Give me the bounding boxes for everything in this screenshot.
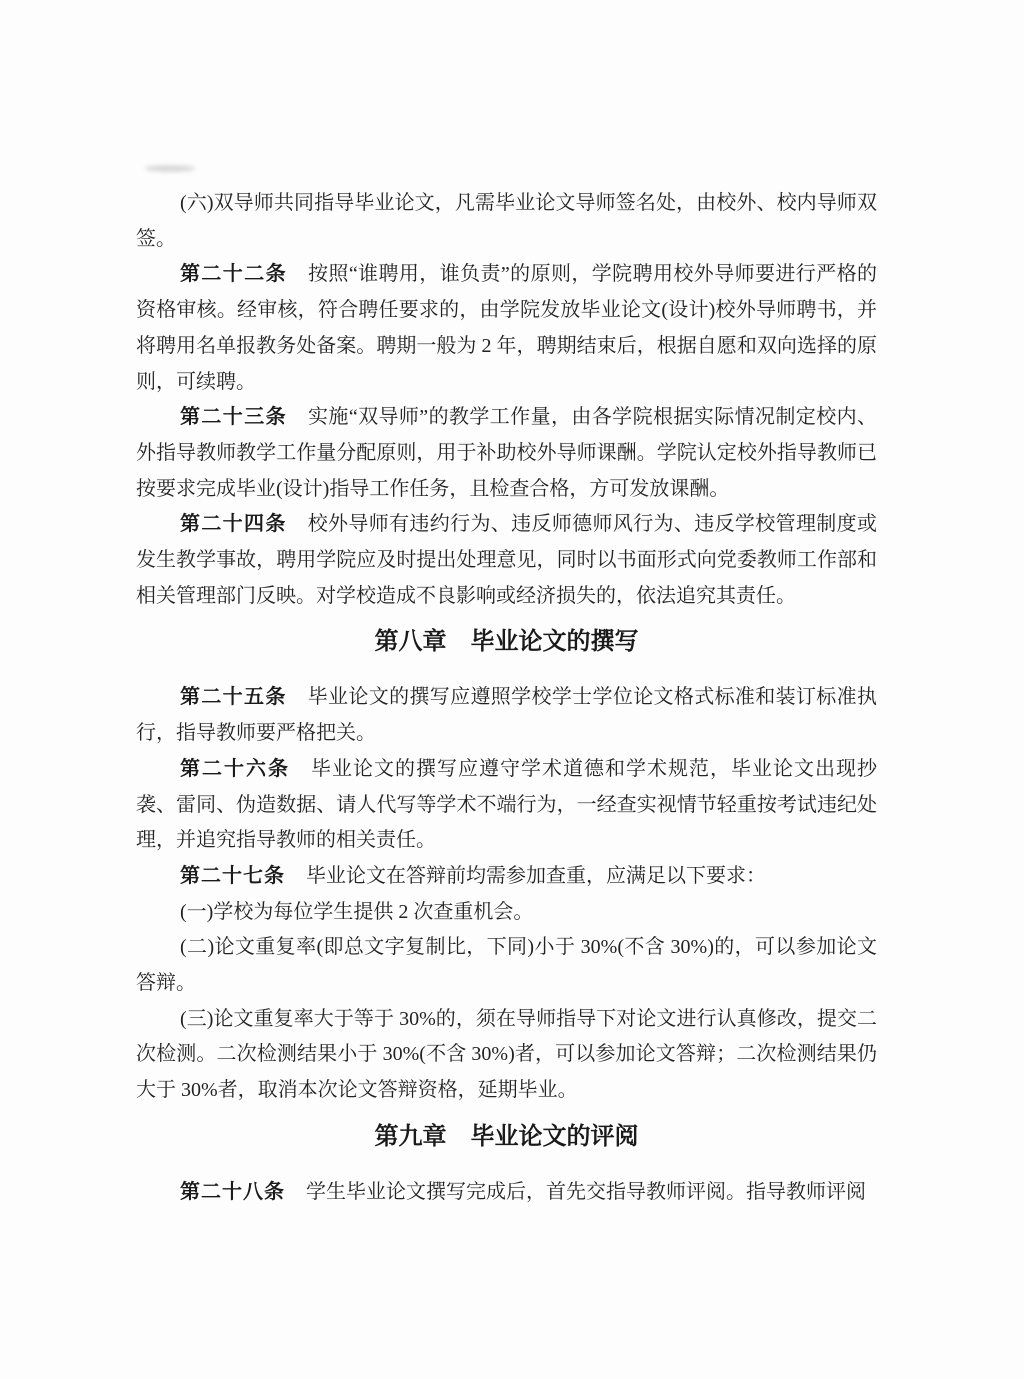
article-number: 第二十三条: [180, 406, 308, 428]
chapter-heading: 第九章 毕业论文的评阅: [136, 1119, 877, 1155]
body-paragraph: (六)双导师共同指导毕业论文，凡需毕业论文导师签名处，由校外、校内导师双签。: [136, 186, 877, 257]
article-number: 第二十四条: [180, 513, 308, 535]
article-number: 第二十六条: [180, 758, 311, 780]
body-paragraph: (一)学校为每位学生提供 2 次查重机会。: [136, 895, 877, 931]
article-paragraph: 第二十二条按照“谁聘用，谁负责”的原则，学院聘用校外导师要进行严格的资格审核。经…: [136, 257, 877, 400]
body-paragraph: (二)论文重复率(即总文字复制比，下同)小于 30%(不含 30%)的，可以参加…: [136, 930, 877, 1001]
article-paragraph: 第二十五条毕业论文的撰写应遵照学校学士学位论文格式标准和装订标准执行，指导教师要…: [136, 680, 877, 751]
article-paragraph: 第二十六条毕业论文的撰写应遵守学术道德和学术规范，毕业论文出现抄袭、雷同、伪造数…: [136, 752, 877, 859]
document-body: (六)双导师共同指导毕业论文，凡需毕业论文导师签名处，由校外、校内导师双签。第二…: [136, 186, 877, 1211]
chapter-heading: 第八章 毕业论文的撰写: [136, 624, 877, 660]
article-text: 毕业论文在答辩前均需参加查重，应满足以下要求：: [306, 865, 766, 887]
article-text: 学生毕业论文撰写完成后，首先交指导教师评阅。指导教师评阅: [306, 1181, 866, 1203]
article-paragraph: 第二十四条校外导师有违约行为、违反师德师风行为、违反学校管理制度或发生教学事故，…: [136, 507, 877, 614]
article-number: 第二十二条: [180, 263, 308, 285]
article-paragraph: 第二十八条学生毕业论文撰写完成后，首先交指导教师评阅。指导教师评阅: [136, 1175, 877, 1211]
article-number: 第二十五条: [180, 686, 308, 708]
scan-smudge: [145, 165, 195, 172]
document-page: (六)双导师共同指导毕业论文，凡需毕业论文导师签名处，由校外、校内导师双签。第二…: [0, 0, 1024, 1379]
article-number: 第二十七条: [180, 865, 306, 887]
article-number: 第二十八条: [180, 1181, 306, 1203]
body-paragraph: (三)论文重复率大于等于 30%的，须在导师指导下对论文进行认真修改，提交二次检…: [136, 1002, 877, 1109]
article-paragraph: 第二十七条毕业论文在答辩前均需参加查重，应满足以下要求：: [136, 859, 877, 895]
article-paragraph: 第二十三条实施“双导师”的教学工作量，由各学院根据实际情况制定校内、外指导教师教…: [136, 400, 877, 507]
